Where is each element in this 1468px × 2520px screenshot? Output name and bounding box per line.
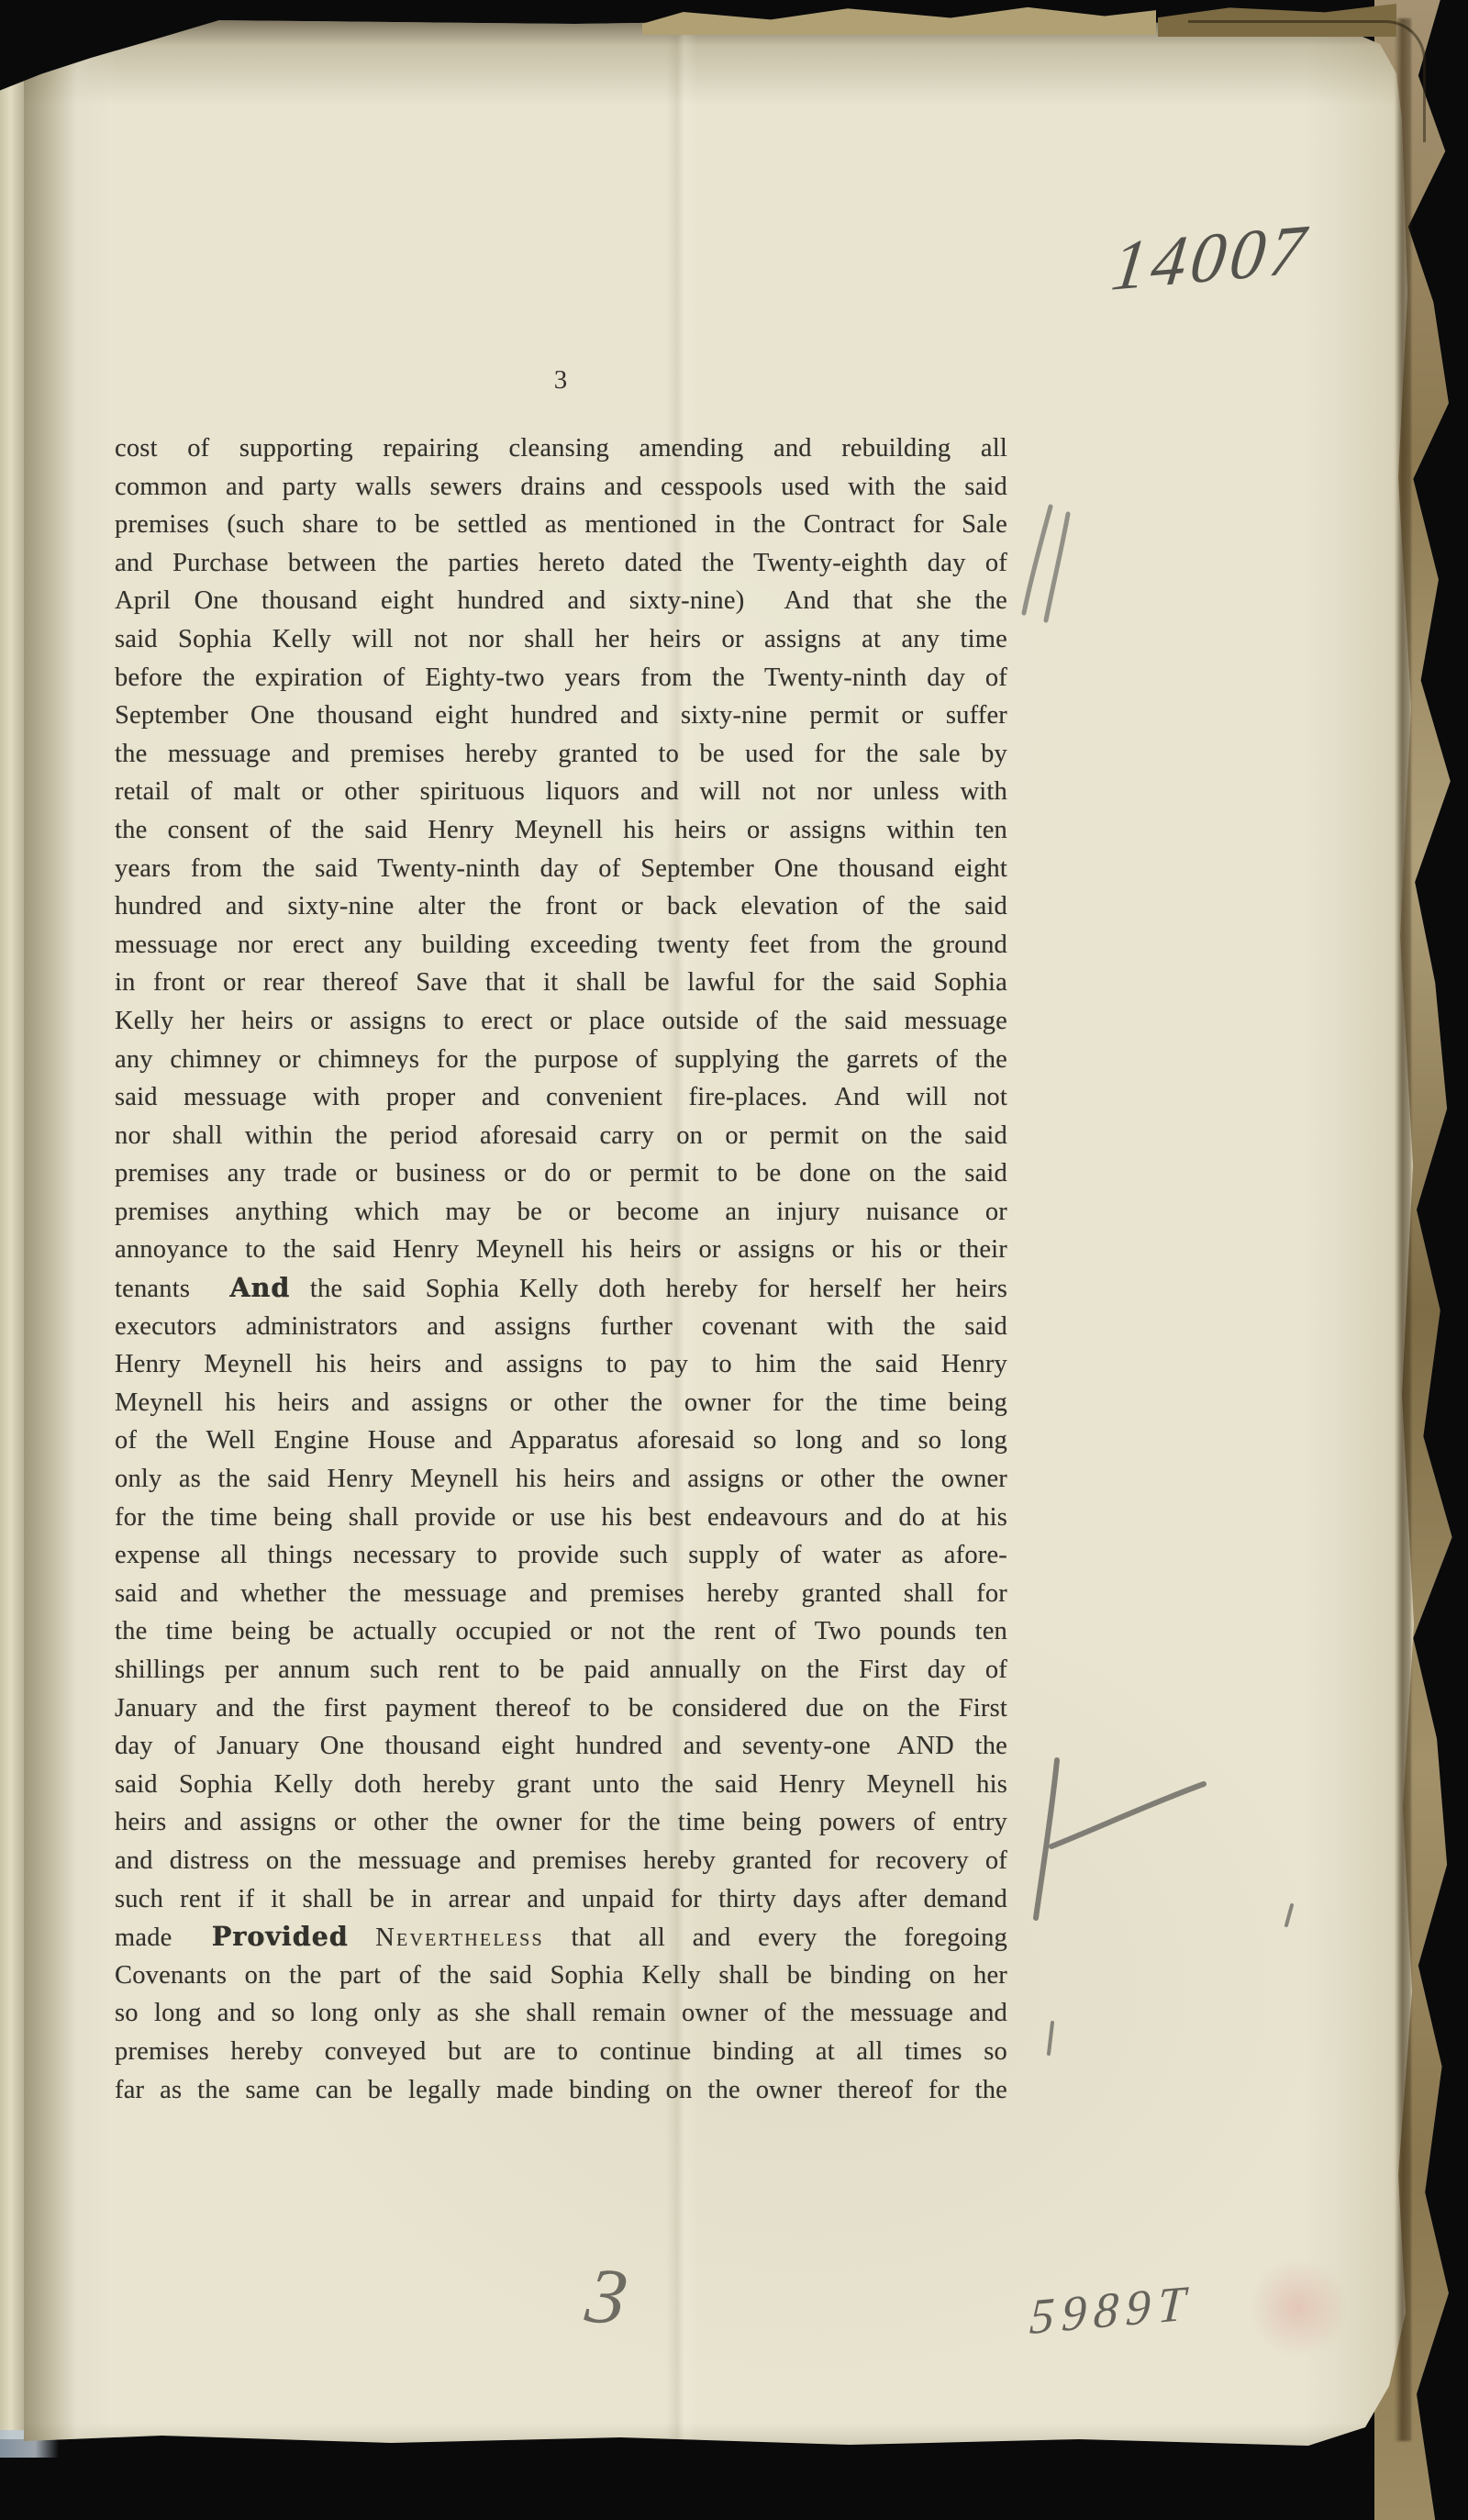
adjacent-page-edge [0,20,24,2439]
text-segment: premises anything which may be or become… [115,1198,1007,1226]
text-segment: cost of supporting repairing cleansing a… [115,434,1007,463]
text-line: Kelly her heirs or assigns to erect or p… [115,1002,1007,1041]
cover-corner-outline [1188,20,1426,142]
emphasis-word: Provided [212,1921,349,1952]
text-segment: so long and so long only as she shall re… [115,1999,1007,2027]
text-segment: shillings per annum such rent to be paid… [115,1656,1007,1684]
text-line: Meynell his heirs and assigns or other t… [115,1384,1007,1422]
text-line: premises any trade or business or do or … [115,1154,1007,1193]
text-line: for the time being shall provide or use … [115,1499,1007,1537]
text-line: in front or rear thereof Save that it sh… [115,964,1007,1002]
text-segment: for the time being shall provide or use … [115,1503,1007,1532]
text-segment: the messuage and premises hereby granted… [115,740,1007,768]
burnt-edge-line [1395,18,1411,2441]
text-line: heirs and assigns or other the owner for… [115,1803,1007,1842]
text-segment: said Sophia Kelly will not nor shall her… [115,625,1007,653]
text-segment: Covenants on the part of the said Sophia… [115,1961,1007,1990]
text-segment: the time being be actually occupied or n… [115,1617,1007,1645]
text-segment: the said Sophia Kelly doth hereby for he… [290,1275,1007,1303]
pink-stain [1248,2258,1349,2358]
text-segment: the consent of the said Henry Meynell hi… [115,816,1007,844]
text-segment: premises hereby conveyed but are to cont… [115,2037,1007,2066]
text-segment: Meynell his heirs and assigns or other t… [115,1388,1007,1417]
text-line: so long and so long only as she shall re… [115,1994,1007,2033]
text-segment: common and party walls sewers drains and… [115,473,1007,501]
text-line: the consent of the said Henry Meynell hi… [115,811,1007,850]
text-line: far as the same can be legally made bind… [115,2071,1007,2110]
text-segment: annoyance to the said Henry Meynell his … [115,1235,1007,1264]
text-line: expense all things necessary to provide … [115,1536,1007,1575]
text-segment: retail of malt or other spirituous liquo… [115,777,1007,806]
text-segment: Henry Meynell his heirs and assigns to p… [115,1350,1007,1378]
text-line: premises (such share to be settled as me… [115,506,1007,544]
text-segment: messuage nor erect any building exceedin… [115,931,1007,959]
text-segment: tenants [115,1275,229,1303]
text-line: premises hereby conveyed but are to cont… [115,2033,1007,2071]
text-segment: years from the said Twenty-ninth day of … [115,854,1007,883]
text-segment: any chimney or chimneys for the purpose … [115,1045,1007,1074]
text-line: and Purchase between the parties hereto … [115,544,1007,583]
top-edge-paper-bits [642,6,1156,35]
text-segment: day of January One thousand eight hundre… [115,1732,1007,1760]
text-segment: said Sophia Kelly doth hereby grant unto… [115,1770,1007,1799]
text-line: common and party walls sewers drains and… [115,468,1007,507]
text-line: such rent if it shall be in arrear and u… [115,1880,1007,1919]
text-segment: such rent if it shall be in arrear and u… [115,1885,1007,1913]
text-segment: expense all things necessary to provide … [115,1541,1007,1569]
text-segment: premises any trade or business or do or … [115,1159,1007,1188]
text-segment: September One thousand eight hundred and… [115,701,1007,730]
text-line: retail of malt or other spirituous liquo… [115,773,1007,811]
emphasis-word: Nevertheless [375,1923,544,1952]
text-segment: heirs and assigns or other the owner for… [115,1808,1007,1836]
text-segment: said and whether the messuage and premis… [115,1579,1007,1608]
text-segment: April One thousand eight hundred and six… [115,586,1007,615]
text-segment: and Purchase between the parties hereto … [115,549,1007,577]
text-line: before the expiration of Eighty-two year… [115,659,1007,697]
text-segment [349,1923,376,1952]
text-line: hundred and sixty-nine alter the front o… [115,887,1007,926]
text-segment: of the Well Engine House and Apparatus a… [115,1426,1007,1455]
text-line: the time being be actually occupied or n… [115,1612,1007,1651]
text-segment: premises (such share to be settled as me… [115,510,1007,539]
text-line: day of January One thousand eight hundre… [115,1727,1007,1766]
scanned-book-page: 3 cost of supporting repairing cleansing… [0,0,1468,2520]
text-line: Covenants on the part of the said Sophia… [115,1957,1007,1995]
text-line: April One thousand eight hundred and six… [115,582,1007,620]
emphasis-word: And [229,1272,290,1303]
text-line: years from the said Twenty-ninth day of … [115,850,1007,888]
text-line: September One thousand eight hundred and… [115,697,1007,735]
text-line: said Sophia Kelly will not nor shall her… [115,620,1007,659]
text-line: messuage nor erect any building exceedin… [115,926,1007,965]
text-line: and distress on the messuage and premise… [115,1842,1007,1880]
gutter-shadow [24,18,116,2459]
text-line: executors administrators and assigns fur… [115,1308,1007,1346]
text-segment: and distress on the messuage and premise… [115,1846,1007,1875]
text-segment: executors administrators and assigns fur… [115,1312,1007,1341]
text-line: annoyance to the said Henry Meynell his … [115,1231,1007,1269]
text-line: tenants And the said Sophia Kelly doth h… [115,1269,1007,1308]
text-segment: in front or rear thereof Save that it sh… [115,968,1007,997]
text-line: January and the first payment thereof to… [115,1689,1007,1728]
text-segment: January and the first payment thereof to… [115,1694,1007,1723]
text-line: made Provided Nevertheless that all and … [115,1918,1007,1957]
text-line: only as the said Henry Meynell his heirs… [115,1460,1007,1499]
text-segment: only as the said Henry Meynell his heirs… [115,1465,1007,1493]
text-line: shillings per annum such rent to be paid… [115,1651,1007,1689]
text-segment: made [115,1923,212,1952]
text-line: any chimney or chimneys for the purpose … [115,1041,1007,1079]
text-segment: hundred and sixty-nine alter the front o… [115,892,1007,920]
text-line: said and whether the messuage and premis… [115,1575,1007,1613]
text-segment: that all and every the foregoing [544,1923,1007,1952]
text-segment: nor shall within the period aforesaid ca… [115,1121,1007,1150]
text-segment: Kelly her heirs or assigns to erect or p… [115,1007,1007,1035]
text-line: said messuage with proper and convenient… [115,1078,1007,1117]
printed-page-number: 3 [115,365,1007,396]
text-line: said Sophia Kelly doth hereby grant unto… [115,1766,1007,1804]
text-line: the messuage and premises hereby granted… [115,735,1007,774]
text-line: premises anything which may be or become… [115,1193,1007,1232]
text-line: nor shall within the period aforesaid ca… [115,1117,1007,1155]
text-block: cost of supporting repairing cleansing a… [115,429,1007,2109]
text-line: of the Well Engine House and Apparatus a… [115,1422,1007,1460]
text-segment: before the expiration of Eighty-two year… [115,663,1007,692]
text-line: cost of supporting repairing cleansing a… [115,429,1007,468]
text-segment: far as the same can be legally made bind… [115,2076,1007,2104]
text-line: Henry Meynell his heirs and assigns to p… [115,1345,1007,1384]
text-segment: said messuage with proper and convenient… [115,1083,1007,1111]
